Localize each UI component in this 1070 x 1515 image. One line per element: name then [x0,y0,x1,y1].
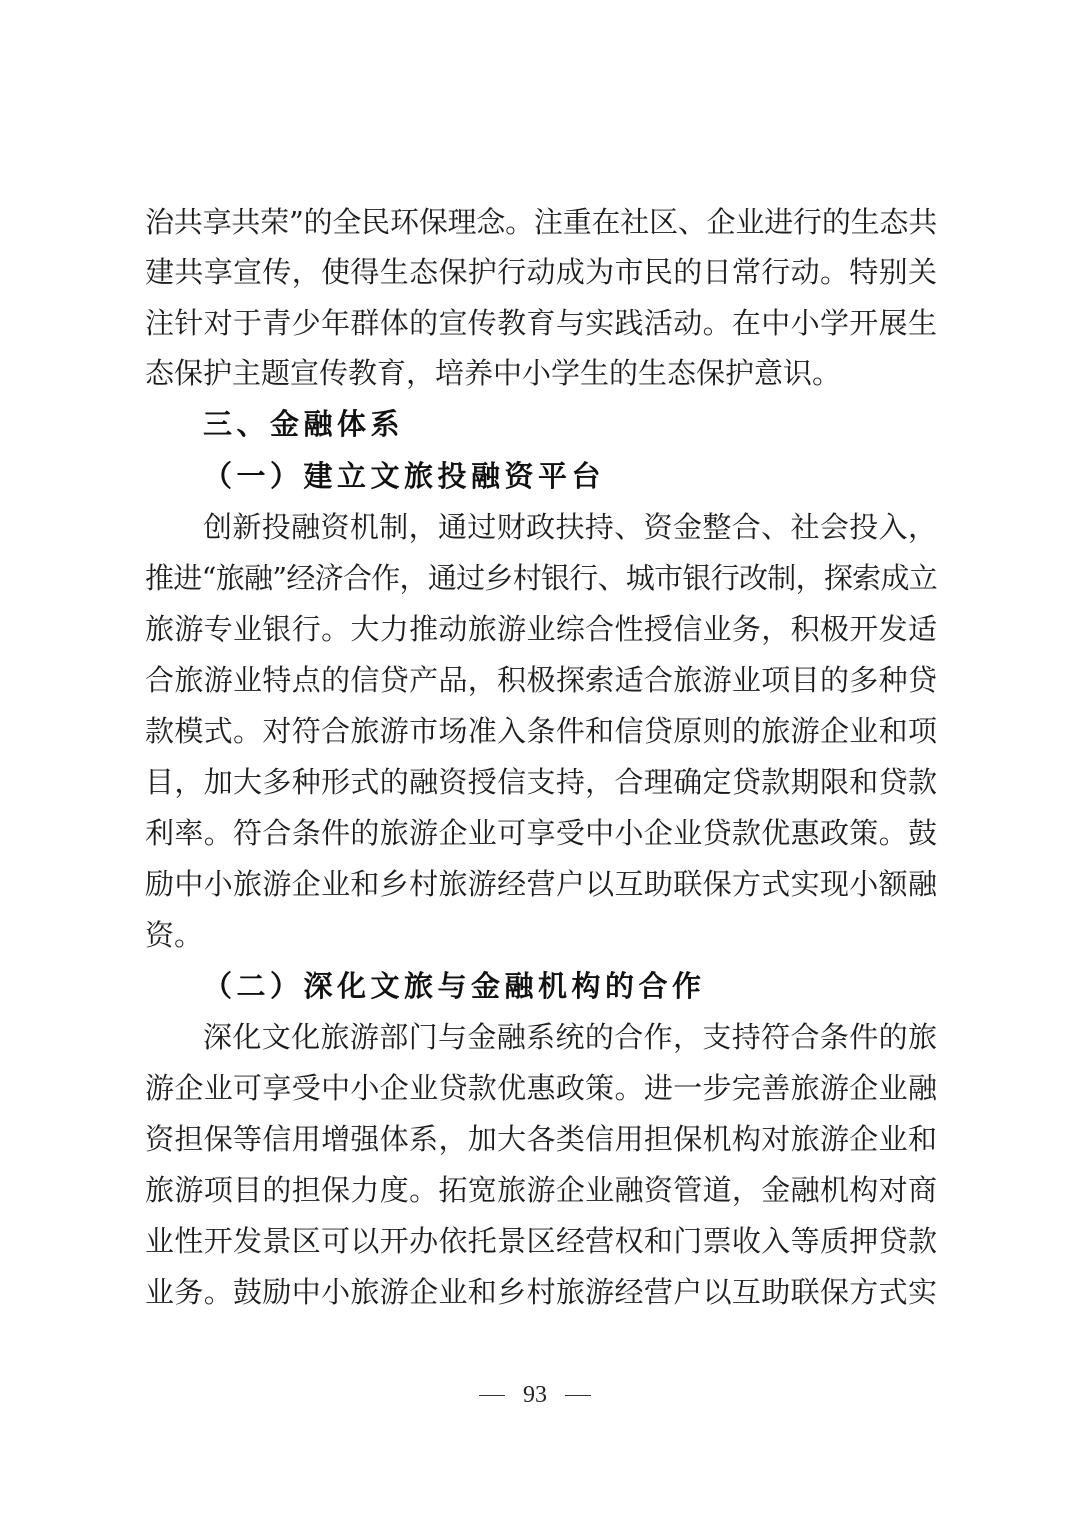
body-line: 资担保等信用增强体系，加大各类信用担保机构对旅游企业和 [145,1114,937,1165]
body-line: 目，加大多种形式的融资授信支持，合理确定贷款期限和贷款 [145,757,937,808]
body-line: 业性开发景区可以开办依托景区经营权和门票收入等质押贷款 [145,1216,937,1267]
body-line: 态保护主题宣传教育，培养中小学生的生态保护意识。 [145,348,937,399]
body-line: 款模式。对符合旅游市场准入条件和信贷原则的旅游企业和项 [145,706,937,757]
body-line: 注针对于青少年群体的宣传教育与实践活动。在中小学开展生 [145,298,937,349]
body-line: 治共享共荣”的全民环保理念。注重在社区、企业进行的生态共 [145,197,937,248]
subsection-heading: （二）深化文旅与金融机构的合作 [203,961,706,1012]
body-line: 业务。鼓励中小旅游企业和乡村旅游经营户以互助联保方式实 [145,1267,937,1318]
subsection-heading: （一）建立文旅投融资平台 [203,451,605,502]
body-line: 创新投融资机制，通过财政扶持、资金整合、社会投入， [203,502,937,553]
page-number: 93 [523,1382,547,1408]
dash-right [565,1395,591,1396]
body-line: 利率。符合条件的旅游企业可享受中小企业贷款优惠政策。鼓 [145,808,937,859]
body-line: 旅游项目的担保力度。拓宽旅游企业融资管道，金融机构对商 [145,1165,937,1216]
body-line: 旅游专业银行。大力推动旅游业综合性授信业务，积极开发适 [145,604,937,655]
body-line: 资。 [145,910,937,961]
body-line: 合旅游业特点的信贷产品，积极探索适合旅游业项目的多种贷 [145,655,937,706]
body-line: 深化文化旅游部门与金融系统的合作，支持符合条件的旅 [203,1012,937,1063]
page-footer: 93 [0,1378,1070,1412]
dash-left [479,1395,505,1396]
section-heading: 三、金融体系 [203,399,404,450]
body-line: 推进“旅融”经济合作，通过乡村银行、城市银行改制，探索成立 [145,553,937,604]
body-line: 建共享宣传，使得生态保护行动成为市民的日常行动。特别关 [145,247,937,298]
body-line: 游企业可享受中小企业贷款优惠政策。进一步完善旅游企业融 [145,1063,937,1114]
body-line: 励中小旅游企业和乡村旅游经营户以互助联保方式实现小额融 [145,859,937,910]
document-page: 治共享共荣”的全民环保理念。注重在社区、企业进行的生态共 建共享宣传，使得生态保… [0,0,1070,1515]
